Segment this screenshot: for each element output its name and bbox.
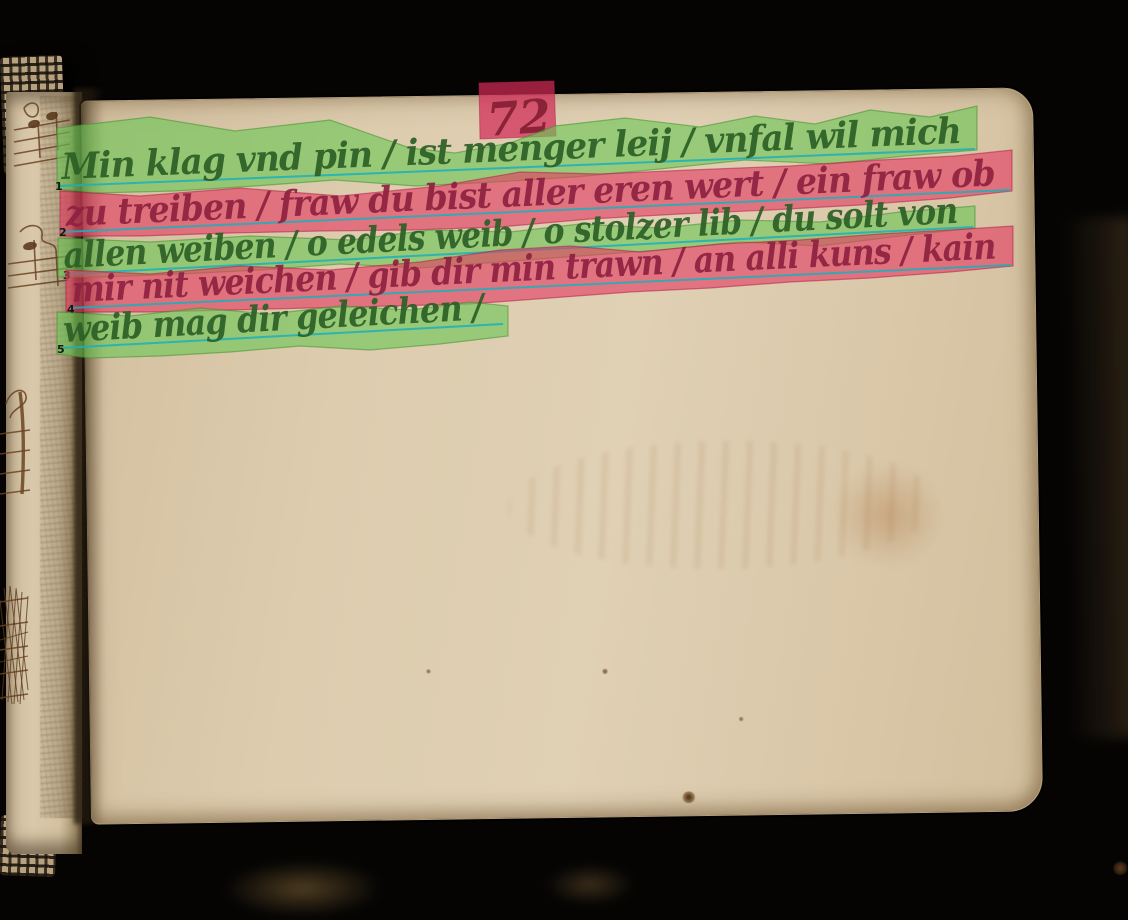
annotation-overlay: 72 Min klag vnd pin / ist menger leij / … bbox=[0, 0, 1128, 880]
line-5-number: 5 bbox=[57, 343, 65, 356]
manuscript-photo: 72 Min klag vnd pin / ist menger leij / … bbox=[0, 0, 1128, 880]
